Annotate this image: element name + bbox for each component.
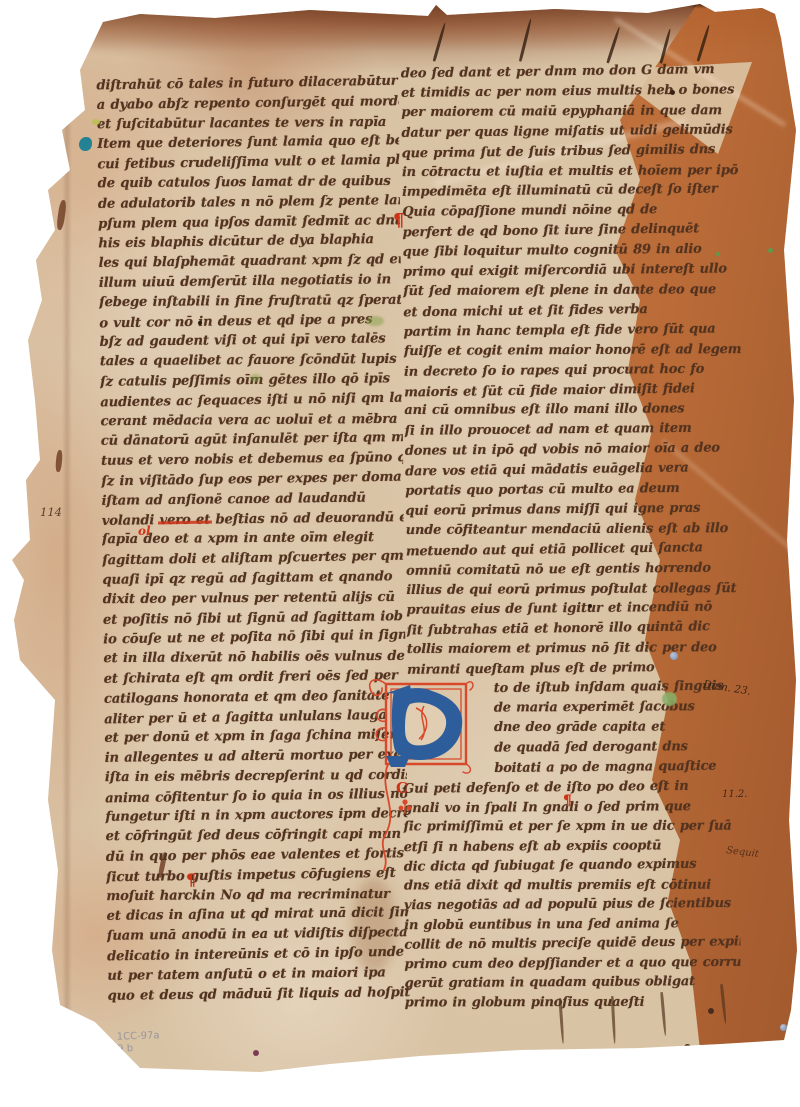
text-line: illius de qui eorū primus poſtulat colle… (406, 578, 752, 600)
decorated-initial-D (358, 672, 478, 882)
pilcrow-icon: ¶ (563, 793, 572, 809)
text-line: illum uiuū demſerūt illa negotiatis io i… (99, 270, 401, 293)
text-line: quaſi ipī qz regū ad ſagittam et qnando (102, 567, 404, 590)
pinhead-dot (670, 652, 678, 660)
ascender-stroke (433, 22, 447, 61)
text-line: et ſuſcitabūtur lacantes te vers in rapī… (97, 112, 399, 134)
text-line: ani cū omnibus eſt illo mani illo dones (404, 399, 750, 421)
purple-dot (253, 1050, 259, 1056)
text-line: de quib catulos ſuos lamat dr de quibus (98, 172, 400, 194)
pilcrow-icon: ¶ (186, 870, 196, 889)
text-line: qui eorū primus dans miſſi qui igne pras (405, 498, 751, 522)
top-edge-mark (688, 0, 718, 7)
text-line: impedimēta eſt illuminatū cū deceſt ſo i… (402, 180, 748, 204)
text-line: cerant mēdacia vera ac uoluī et a mēbra (100, 409, 402, 431)
ascender-stroke (659, 28, 671, 64)
text-line: o vult cor nō in deus et qd ipe a pres (99, 309, 401, 334)
text-line: de quadā ſed derogant dns (494, 737, 750, 759)
parchment-slit (55, 450, 63, 472)
parchment-leaf: diſtrahūt cō tales in futuro dilacerabūt… (0, 0, 800, 1107)
text-line: et timidis ac per nom eius multis heb o … (401, 80, 747, 104)
text-line: collit de nō multis preciſe quidē deus p… (404, 932, 740, 955)
ink-speck (588, 604, 592, 608)
top-edge-mark (466, 0, 506, 7)
ascender-stroke (519, 18, 533, 61)
text-line: primo in globum pinoſius quaeſti (405, 992, 741, 1012)
text-line: dne deo grāde capita et (494, 717, 750, 738)
text-line: quo et deus qd māduū ſit liquis ad hoſpi… (107, 983, 409, 1006)
teal-ink-blot (79, 137, 92, 151)
text-line: per maiorem cū maiū epyphaniā in que dam (401, 101, 747, 123)
manuscript-photo: diſtrahūt cō tales in futuro dilacerabūt… (0, 0, 800, 1107)
left-fold-line (62, 110, 72, 1010)
red-initial-letter: C (396, 779, 408, 797)
text-line: de maria experimēt ſacobus (494, 697, 750, 719)
pencil-shelfmark: 1CC-97a 9 b (117, 1030, 161, 1055)
top-edge-mark (150, 0, 196, 10)
green-blob (662, 692, 677, 706)
text-line: dixit deo per vulnus per retentū alijs c… (103, 588, 405, 610)
ink-speck (670, 90, 675, 95)
ascender-stroke (606, 26, 621, 63)
pilcrow-icon: ¶ (393, 210, 404, 231)
ink-speck (198, 321, 202, 325)
ascender-stroke (697, 24, 711, 61)
pinhead-dot (780, 1024, 787, 1031)
text-line: primo qui exigit miſercordiā ubi intereſ… (403, 259, 749, 283)
top-edge-stain (80, 0, 780, 52)
text-line: in cōtractu et iuſtia et multis et hoīem… (402, 160, 748, 182)
red-correction-word: ol (138, 524, 151, 538)
yellow-green-speck (92, 119, 100, 125)
dark-hole (684, 1044, 691, 1051)
text-column-right-top: deo ſed dant et per dnm mo don G dam vme… (401, 60, 753, 681)
text-line: vias negotiās ad ad populū pius de ſcien… (404, 894, 740, 916)
text-line: tales a quaelibet ac fauore ſcōndūt lupi… (100, 350, 402, 372)
text-line: moſuit harckin No qd ma recriminatur (106, 884, 408, 906)
text-line: primo cum deo depſſiander et a quo que c… (404, 952, 740, 974)
dark-hole (708, 1008, 714, 1014)
text-line: fuiſſe et cogit enim maior honorē eſt ad… (404, 340, 750, 362)
text-line: gerūt gratiam in quadam quibus obligat (405, 972, 741, 994)
green-smudge (366, 316, 384, 326)
text-line: que prima ſut de ſuis tribus ſed gimilis… (402, 139, 748, 164)
margin-note-numeric: 11.2. (722, 789, 747, 800)
text-line: tollis maiorem et primus nō ſit dic per … (407, 638, 753, 660)
green-speck (716, 252, 720, 256)
text-line: a dyabo abſz repento conſurgēt qui mordē… (97, 92, 399, 115)
green-speck (768, 248, 773, 253)
text-line: et in illa dixerūt nō habilis oēs vulnus… (103, 647, 405, 669)
green-smudge (250, 374, 261, 382)
parchment-slit (56, 200, 67, 231)
margin-leaf-number: 114 (40, 505, 62, 519)
